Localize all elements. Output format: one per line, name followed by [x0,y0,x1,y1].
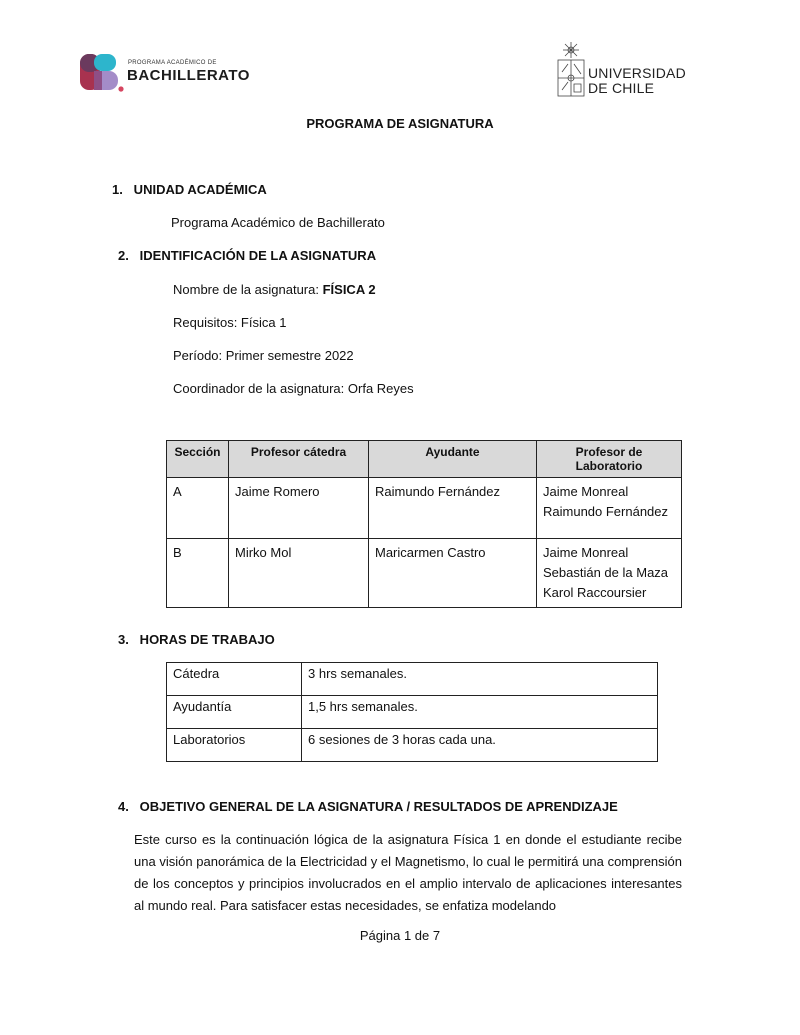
header-profesor-laboratorio: Profesor de Laboratorio [537,441,682,478]
cell-tipo: Ayudantía [167,696,302,729]
logo-big-text: BACHILLERATO [127,67,250,84]
course-name-label: Nombre de la asignatura: [173,282,323,297]
lab-professor: Sebastián de la Maza [543,563,675,583]
section-2-heading: 2. IDENTIFICACIÓN DE LA ASIGNATURA [118,248,376,263]
academic-unit-text: Programa Académico de Bachillerato [171,215,385,230]
page-number: Página 1 de 7 [0,928,800,943]
cell-seccion: A [167,478,229,539]
table-header-row: Sección Profesor cátedra Ayudante Profes… [167,441,682,478]
sections-table: Sección Profesor cátedra Ayudante Profes… [166,440,682,608]
cell-tipo: Cátedra [167,663,302,696]
cell-horas: 3 hrs semanales. [302,663,658,696]
section-1-heading: 1. UNIDAD ACADÉMICA [112,182,267,197]
cell-tipo: Laboratorios [167,729,302,762]
cell-ayudante: Raimundo Fernández [369,478,537,539]
universidad-de-chile-logo: UNIVERSIDAD DE CHILE [556,42,696,98]
university-name-line2: DE CHILE [588,81,686,96]
table-row: A Jaime Romero Raimundo Fernández Jaime … [167,478,682,539]
header-ayudante: Ayudante [369,441,537,478]
table-row: Cátedra 3 hrs semanales. [167,663,658,696]
universidad-de-chile-crest-icon [556,42,586,98]
cell-laboratorio: Jaime Monreal Raimundo Fernández [537,478,682,539]
logo-small-text: PROGRAMA ACADÉMICO DE [128,60,217,66]
objective-paragraph: Este curso es la continuación lógica de … [134,829,682,917]
cell-seccion: B [167,539,229,608]
cell-laboratorio: Jaime Monreal Sebastián de la Maza Karol… [537,539,682,608]
section-3-heading: 3. HORAS DE TRABAJO [118,632,275,647]
period-line: Período: Primer semestre 2022 [173,348,354,363]
cell-horas: 6 sesiones de 3 horas cada una. [302,729,658,762]
course-name-line: Nombre de la asignatura: FÍSICA 2 [173,282,376,297]
lab-professor: Jaime Monreal [543,482,675,502]
cell-ayudante: Maricarmen Castro [369,539,537,608]
university-name-line1: UNIVERSIDAD [588,66,686,81]
lab-professor: Raimundo Fernández [543,502,675,522]
table-row: Ayudantía 1,5 hrs semanales. [167,696,658,729]
page-title: PROGRAMA DE ASIGNATURA [0,116,800,131]
lab-professor: Jaime Monreal [543,543,675,563]
course-name-value: FÍSICA 2 [323,282,376,297]
lab-professor: Karol Raccoursier [543,583,675,603]
section-4-heading: 4. OBJETIVO GENERAL DE LA ASIGNATURA / R… [118,799,618,814]
cell-horas: 1,5 hrs semanales. [302,696,658,729]
cell-profesor: Mirko Mol [229,539,369,608]
table-row: Laboratorios 6 sesiones de 3 horas cada … [167,729,658,762]
coordinator-line: Coordinador de la asignatura: Orfa Reyes [173,381,414,396]
header-profesor-catedra: Profesor cátedra [229,441,369,478]
hours-table: Cátedra 3 hrs semanales. Ayudantía 1,5 h… [166,662,658,762]
bachillerato-logo: PROGRAMA ACADÉMICO DE BACHILLERATO [80,52,250,96]
bachillerato-logo-icon [80,52,124,92]
requisites-line: Requisitos: Física 1 [173,315,286,330]
header-seccion: Sección [167,441,229,478]
cell-profesor: Jaime Romero [229,478,369,539]
table-row: B Mirko Mol Maricarmen Castro Jaime Monr… [167,539,682,608]
